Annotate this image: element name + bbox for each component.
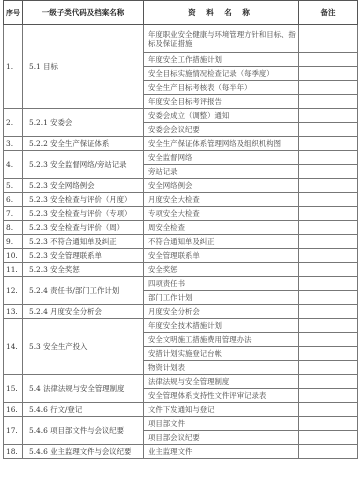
remarks-cell: [299, 249, 358, 263]
document-cell: 安全文明施工措施费用管理办法: [144, 333, 299, 347]
remarks-cell: [299, 179, 358, 193]
document-cell: 不符合通知单及纠正: [144, 235, 299, 249]
category-cell: 5.2.3 安全检查与评价（专项）: [23, 207, 144, 221]
table-row: 3. 5.2.2 安全生产保证体系 安全生产保证体系管理网络及组织机构图: [4, 137, 358, 151]
document-cell: 安全生产目标考核表（每半年）: [144, 81, 299, 95]
document-cell: 周安全检查: [144, 221, 299, 235]
remarks-cell: [299, 417, 358, 431]
seq-cell: 18.: [4, 445, 23, 459]
seq-cell: 15.: [4, 375, 23, 403]
remarks-cell: [299, 221, 358, 235]
remarks-cell: [299, 207, 358, 221]
category-cell: 5.3 安全生产投入: [23, 319, 144, 375]
header-remarks: 备注: [299, 1, 358, 25]
table-row: 6. 5.2.3 安全检查与评价（月度） 月度安全大检查: [4, 193, 358, 207]
document-cell: 年度安全技术措施计划: [144, 319, 299, 333]
table-row: 4. 5.2.3 安全监督网络/旁站记录 安全监督网络: [4, 151, 358, 165]
archive-catalog-table: 序号 一级子类代码及档案名称 资 料 名 称 备注 1. 5.1 目标 年度职业…: [3, 0, 358, 459]
remarks-cell: [299, 235, 358, 249]
table-row: 18. 5.4.6 业主监理文件与会议纪要 业主监理文件: [4, 445, 358, 459]
table-row: 9. 5.2.3 不符合通知单及纠正 不符合通知单及纠正: [4, 235, 358, 249]
document-page: 序号 一级子类代码及档案名称 资 料 名 称 备注 1. 5.1 目标 年度职业…: [3, 0, 357, 459]
table-row: 14. 5.3 安全生产投入 年度安全技术措施计划: [4, 319, 358, 333]
remarks-cell: [299, 263, 358, 277]
category-cell: 5.2.3 不符合通知单及纠正: [23, 235, 144, 249]
remarks-cell: [299, 445, 358, 459]
remarks-cell: [299, 53, 358, 67]
category-cell: 5.2.2 安全生产保证体系: [23, 137, 144, 151]
document-cell: 安措计划实施登记台帐: [144, 347, 299, 361]
table-row: 13. 5.2.4 月度安全分析会 月度安全分析会: [4, 305, 358, 319]
document-cell: 业主监理文件: [144, 445, 299, 459]
document-cell: 安全管理体系支持性文件评审记录表: [144, 389, 299, 403]
seq-cell: 9.: [4, 235, 23, 249]
document-cell: 部门工作计划: [144, 291, 299, 305]
seq-cell: 6.: [4, 193, 23, 207]
remarks-cell: [299, 347, 358, 361]
table-row: 17. 5.4.6 项目部文件与会议纪要 项目部文件: [4, 417, 358, 431]
table-row: 8. 5.2.3 安全检查与评价（周） 周安全检查: [4, 221, 358, 235]
document-cell: 项目部文件: [144, 417, 299, 431]
document-cell: 物资计划表: [144, 361, 299, 375]
document-cell: 月度安全大检查: [144, 193, 299, 207]
remarks-cell: [299, 403, 358, 417]
remarks-cell: [299, 95, 358, 109]
category-cell: 5.2.4 月度安全分析会: [23, 305, 144, 319]
document-cell: 年度安全目标考评报告: [144, 95, 299, 109]
seq-cell: 5.: [4, 179, 23, 193]
remarks-cell: [299, 137, 358, 151]
table-row: 7. 5.2.3 安全检查与评价（专项） 专项安全大检查: [4, 207, 358, 221]
seq-cell: 13.: [4, 305, 23, 319]
remarks-cell: [299, 123, 358, 137]
seq-cell: 17.: [4, 417, 23, 445]
table-row: 12. 5.2.4 责任书/部门工作计划 四项责任书: [4, 277, 358, 291]
remarks-cell: [299, 305, 358, 319]
seq-cell: 12.: [4, 277, 23, 305]
document-cell: 安委会会议纪要: [144, 123, 299, 137]
table-row: 10. 5.2.3 安全管理联系单 安全管理联系单: [4, 249, 358, 263]
document-cell: 安全监督网络: [144, 151, 299, 165]
seq-cell: 3.: [4, 137, 23, 151]
document-cell: 安全目标实施情况检查记录（每季度）: [144, 67, 299, 81]
category-cell: 5.2.3 安全检查与评价（月度）: [23, 193, 144, 207]
header-documents: 资 料 名 称: [144, 1, 299, 25]
seq-cell: 16.: [4, 403, 23, 417]
remarks-cell: [299, 277, 358, 291]
category-cell: 5.2.1 安委会: [23, 109, 144, 137]
document-cell: 安委会成立（调整）通知: [144, 109, 299, 123]
remarks-cell: [299, 431, 358, 445]
seq-cell: 8.: [4, 221, 23, 235]
category-cell: 5.4.6 行文/登记: [23, 403, 144, 417]
seq-cell: 14.: [4, 319, 23, 375]
category-cell: 5.4.6 项目部文件与会议纪要: [23, 417, 144, 445]
seq-cell: 7.: [4, 207, 23, 221]
seq-cell: 11.: [4, 263, 23, 277]
table-row: 16. 5.4.6 行文/登记 文件下发通知与登记: [4, 403, 358, 417]
remarks-cell: [299, 375, 358, 389]
seq-cell: 2.: [4, 109, 23, 137]
category-cell: 5.2.3 安全检查与评价（周）: [23, 221, 144, 235]
remarks-cell: [299, 193, 358, 207]
table-header-row: 序号 一级子类代码及档案名称 资 料 名 称 备注: [4, 1, 358, 25]
table-row: 1. 5.1 目标 年度职业安全健康与环境管理方针和目标、指标及保证措施: [4, 25, 358, 53]
document-cell: 年度职业安全健康与环境管理方针和目标、指标及保证措施: [144, 25, 299, 53]
remarks-cell: [299, 389, 358, 403]
document-cell: 月度安全分析会: [144, 305, 299, 319]
header-category: 一级子类代码及档案名称: [23, 1, 144, 25]
remarks-cell: [299, 151, 358, 165]
category-cell: 5.4 法律法规与安全管理制度: [23, 375, 144, 403]
document-cell: 安全网络例会: [144, 179, 299, 193]
remarks-cell: [299, 165, 358, 179]
remarks-cell: [299, 81, 358, 95]
seq-cell: 1.: [4, 25, 23, 109]
table-row: 2. 5.2.1 安委会 安委会成立（调整）通知: [4, 109, 358, 123]
remarks-cell: [299, 361, 358, 375]
remarks-cell: [299, 291, 358, 305]
document-cell: 项目部会议纪要: [144, 431, 299, 445]
remarks-cell: [299, 109, 358, 123]
document-cell: 安全奖惩: [144, 263, 299, 277]
document-cell: 专项安全大检查: [144, 207, 299, 221]
table-row: 15. 5.4 法律法规与安全管理制度 法律法规与安全管理制度: [4, 375, 358, 389]
document-cell: 旁站记录: [144, 165, 299, 179]
seq-cell: 10.: [4, 249, 23, 263]
document-cell: 安全生产保证体系管理网络及组织机构图: [144, 137, 299, 151]
document-cell: 法律法规与安全管理制度: [144, 375, 299, 389]
document-cell: 年度安全工作措施计划: [144, 53, 299, 67]
table-row: 11. 5.2.3 安全奖惩 安全奖惩: [4, 263, 358, 277]
category-cell: 5.2.3 安全网络例会: [23, 179, 144, 193]
remarks-cell: [299, 67, 358, 81]
remarks-cell: [299, 319, 358, 333]
remarks-cell: [299, 25, 358, 53]
header-seq: 序号: [4, 1, 23, 25]
document-cell: 安全管理联系单: [144, 249, 299, 263]
document-cell: 文件下发通知与登记: [144, 403, 299, 417]
category-cell: 5.2.4 责任书/部门工作计划: [23, 277, 144, 305]
category-cell: 5.1 目标: [23, 25, 144, 109]
category-cell: 5.2.3 安全奖惩: [23, 263, 144, 277]
category-cell: 5.2.3 安全监督网络/旁站记录: [23, 151, 144, 179]
document-cell: 四项责任书: [144, 277, 299, 291]
table-row: 5. 5.2.3 安全网络例会 安全网络例会: [4, 179, 358, 193]
category-cell: 5.2.3 安全管理联系单: [23, 249, 144, 263]
seq-cell: 4.: [4, 151, 23, 179]
category-cell: 5.4.6 业主监理文件与会议纪要: [23, 445, 144, 459]
remarks-cell: [299, 333, 358, 347]
